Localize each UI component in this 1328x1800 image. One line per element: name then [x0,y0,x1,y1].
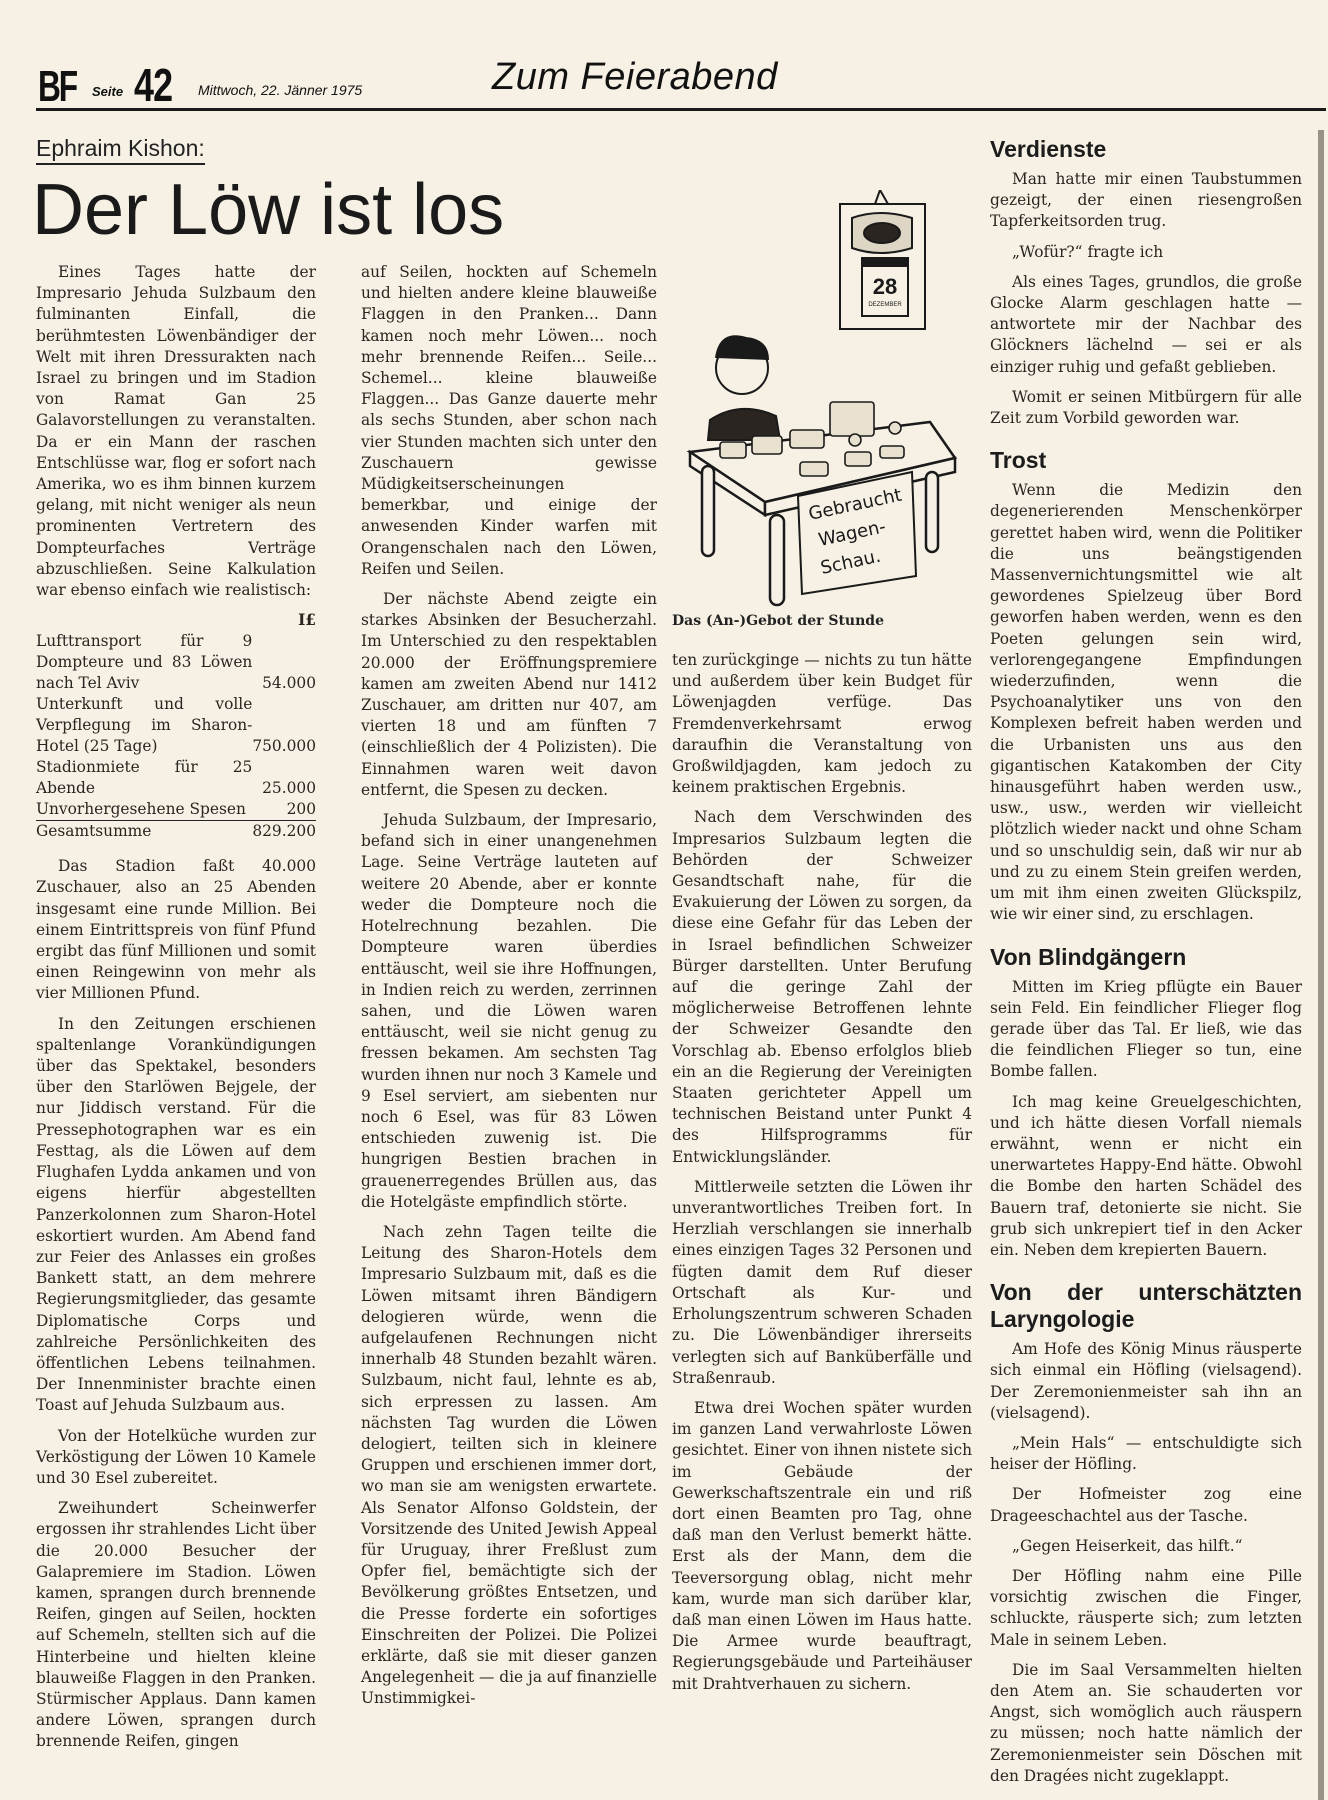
cost-amount: 200 [252,799,316,821]
article-column-2: auf Seilen, hockten auf Schemeln und hie… [361,262,657,1719]
cartoon-caption: Das (An-)Gebot der Stunde [672,613,884,629]
section-paragraph: „Gegen Heiserkeit, das hilft.“ [990,1536,1302,1557]
article-paragraph: auf Seilen, hockten auf Schemeln und hie… [361,262,657,580]
article-paragraph: In den Zeitungen erschienen spaltenlange… [36,1014,316,1417]
article-paragraph: Der nächste Abend zeigte ein starkes Abs… [361,589,657,801]
section-paragraph: Mitten im Krieg pflügte ein Bauer sein F… [990,977,1302,1083]
calendar-month: DEZEMBER [868,302,902,308]
section-paragraph: Ich mag keine Greuelgeschichten, und ich… [990,1092,1302,1262]
total-amount: 829.200 [252,821,316,843]
issue-date: Mittwoch, 22. Jänner 1975 [198,82,362,98]
total-label: Gesamtsumme [36,821,252,843]
section-paragraph: „Wofür?“ fragte ich [990,242,1302,263]
sidebar-section-verdienste: Verdienste Man hatte mir einen Taubstumm… [990,136,1302,429]
table-row: Stadionmiete für 25 Abende 25.000 [36,757,316,799]
section-paragraph: Als eines Tages, grundlos, die große Glo… [990,272,1302,378]
currency-header: I£ [252,610,316,631]
article-column-1: Eines Tages hatte der Impresario Jehuda … [36,262,316,1762]
page-edge-shadow [1318,130,1324,1800]
cost-item: Unterkunft und volle Verpflegung im Shar… [36,694,252,757]
section-paragraph: Der Höfling nahm eine Pille vorsichtig z… [990,1566,1302,1651]
used-car-show-cartoon-icon: 28 DEZEMBER [680,190,965,610]
section-paragraph: Womit er seinen Mitbürgern für alle Zeit… [990,387,1302,429]
section-heading: Von der unterschätzten Laryngologie [990,1279,1302,1333]
cost-amount: 750.000 [252,694,316,757]
sidebar-section-trost: Trost Wenn die Medizin den degenerierend… [990,447,1302,925]
cost-item: Unvorhergesehene Spesen [36,799,252,821]
calendar-day: 28 [873,274,897,299]
article-paragraph: ten zurückginge — nichts zu tun hätte un… [672,650,972,798]
article-column-3: ten zurückginge — nichts zu tun hätte un… [672,650,972,1704]
article-paragraph: Jehuda Sulzbaum, der Impresario, befand … [361,810,657,1213]
newspaper-page: BF Seite 42 Mittwoch, 22. Jänner 1975 Zu… [0,0,1328,1800]
sidebar-section-laryngologie: Von der unterschätzten Laryngologie Am H… [990,1279,1302,1787]
section-paragraph: Die im Saal Versammelten hielten den Ate… [990,1660,1302,1787]
article-paragraph: Das Stadion faßt 40.000 Zuschauer, also … [36,856,316,1004]
section-paragraph: Der Hofmeister zog eine Drageeschachtel … [990,1484,1302,1526]
cartoon-illustration: 28 DEZEMBER [680,190,965,610]
section-paragraph: Am Hofe des König Minus räusperte sich e… [990,1339,1302,1424]
table-row: Lufttransport für 9 Dompteure und 83 Löw… [36,631,316,694]
masthead: BF Seite 42 Mittwoch, 22. Jänner 1975 Zu… [26,50,1326,106]
cost-calculation-table: I£ Lufttransport für 9 Dompteure und 83 … [36,610,316,842]
newspaper-logo: BF [38,62,76,112]
page-number: 42 [134,58,172,112]
cost-item: Lufttransport für 9 Dompteure und 83 Löw… [36,631,252,694]
article-paragraph: Von der Hotelküche wurden zur Verköstigu… [36,1426,316,1490]
article-author-kicker: Ephraim Kishon: [36,135,205,165]
section-heading: Trost [990,447,1302,474]
cost-item: Stadionmiete für 25 Abende [36,757,252,799]
section-paragraph: Wenn die Medizin den degenerierenden Men… [990,480,1302,925]
table-row: Unterkunft und volle Verpflegung im Shar… [36,694,316,757]
article-paragraph: Mittlerweile setzten die Löwen ihr unver… [672,1177,972,1389]
cost-amount: 54.000 [252,631,316,694]
table-total-row: Gesamtsumme 829.200 [36,821,316,843]
section-heading: Verdienste [990,136,1302,163]
cost-amount: 25.000 [252,757,316,799]
section-heading: Von Blindgängern [990,944,1302,971]
article-paragraph: Zweihundert Scheinwerfer ergossen ihr st… [36,1498,316,1752]
page-label: Seite [92,84,123,99]
sidebar-column: Verdienste Man hatte mir einen Taubstumm… [990,136,1302,1800]
masthead-rule [36,108,1326,111]
table-row: Unvorhergesehene Spesen 200 [36,799,316,821]
article-paragraph: Eines Tages hatte der Impresario Jehuda … [36,262,316,601]
article-paragraph: Nach dem Verschwinden des Impresarios Su… [672,807,972,1167]
article-paragraph: Etwa drei Wochen später wurden im ganzen… [672,1398,972,1695]
section-paragraph: Man hatte mir einen Taubstummen gezeigt,… [990,169,1302,233]
article-paragraph: Nach zehn Tagen teilte die Leitung des S… [361,1222,657,1710]
section-title: Zum Feierabend [492,56,778,99]
sidebar-section-blindgaenger: Von Blindgängern Mitten im Krieg pflügte… [990,944,1302,1262]
article-headline: Der Löw ist los [32,170,504,250]
section-paragraph: „Mein Hals“ — entschuldigte sich heiser … [990,1433,1302,1475]
